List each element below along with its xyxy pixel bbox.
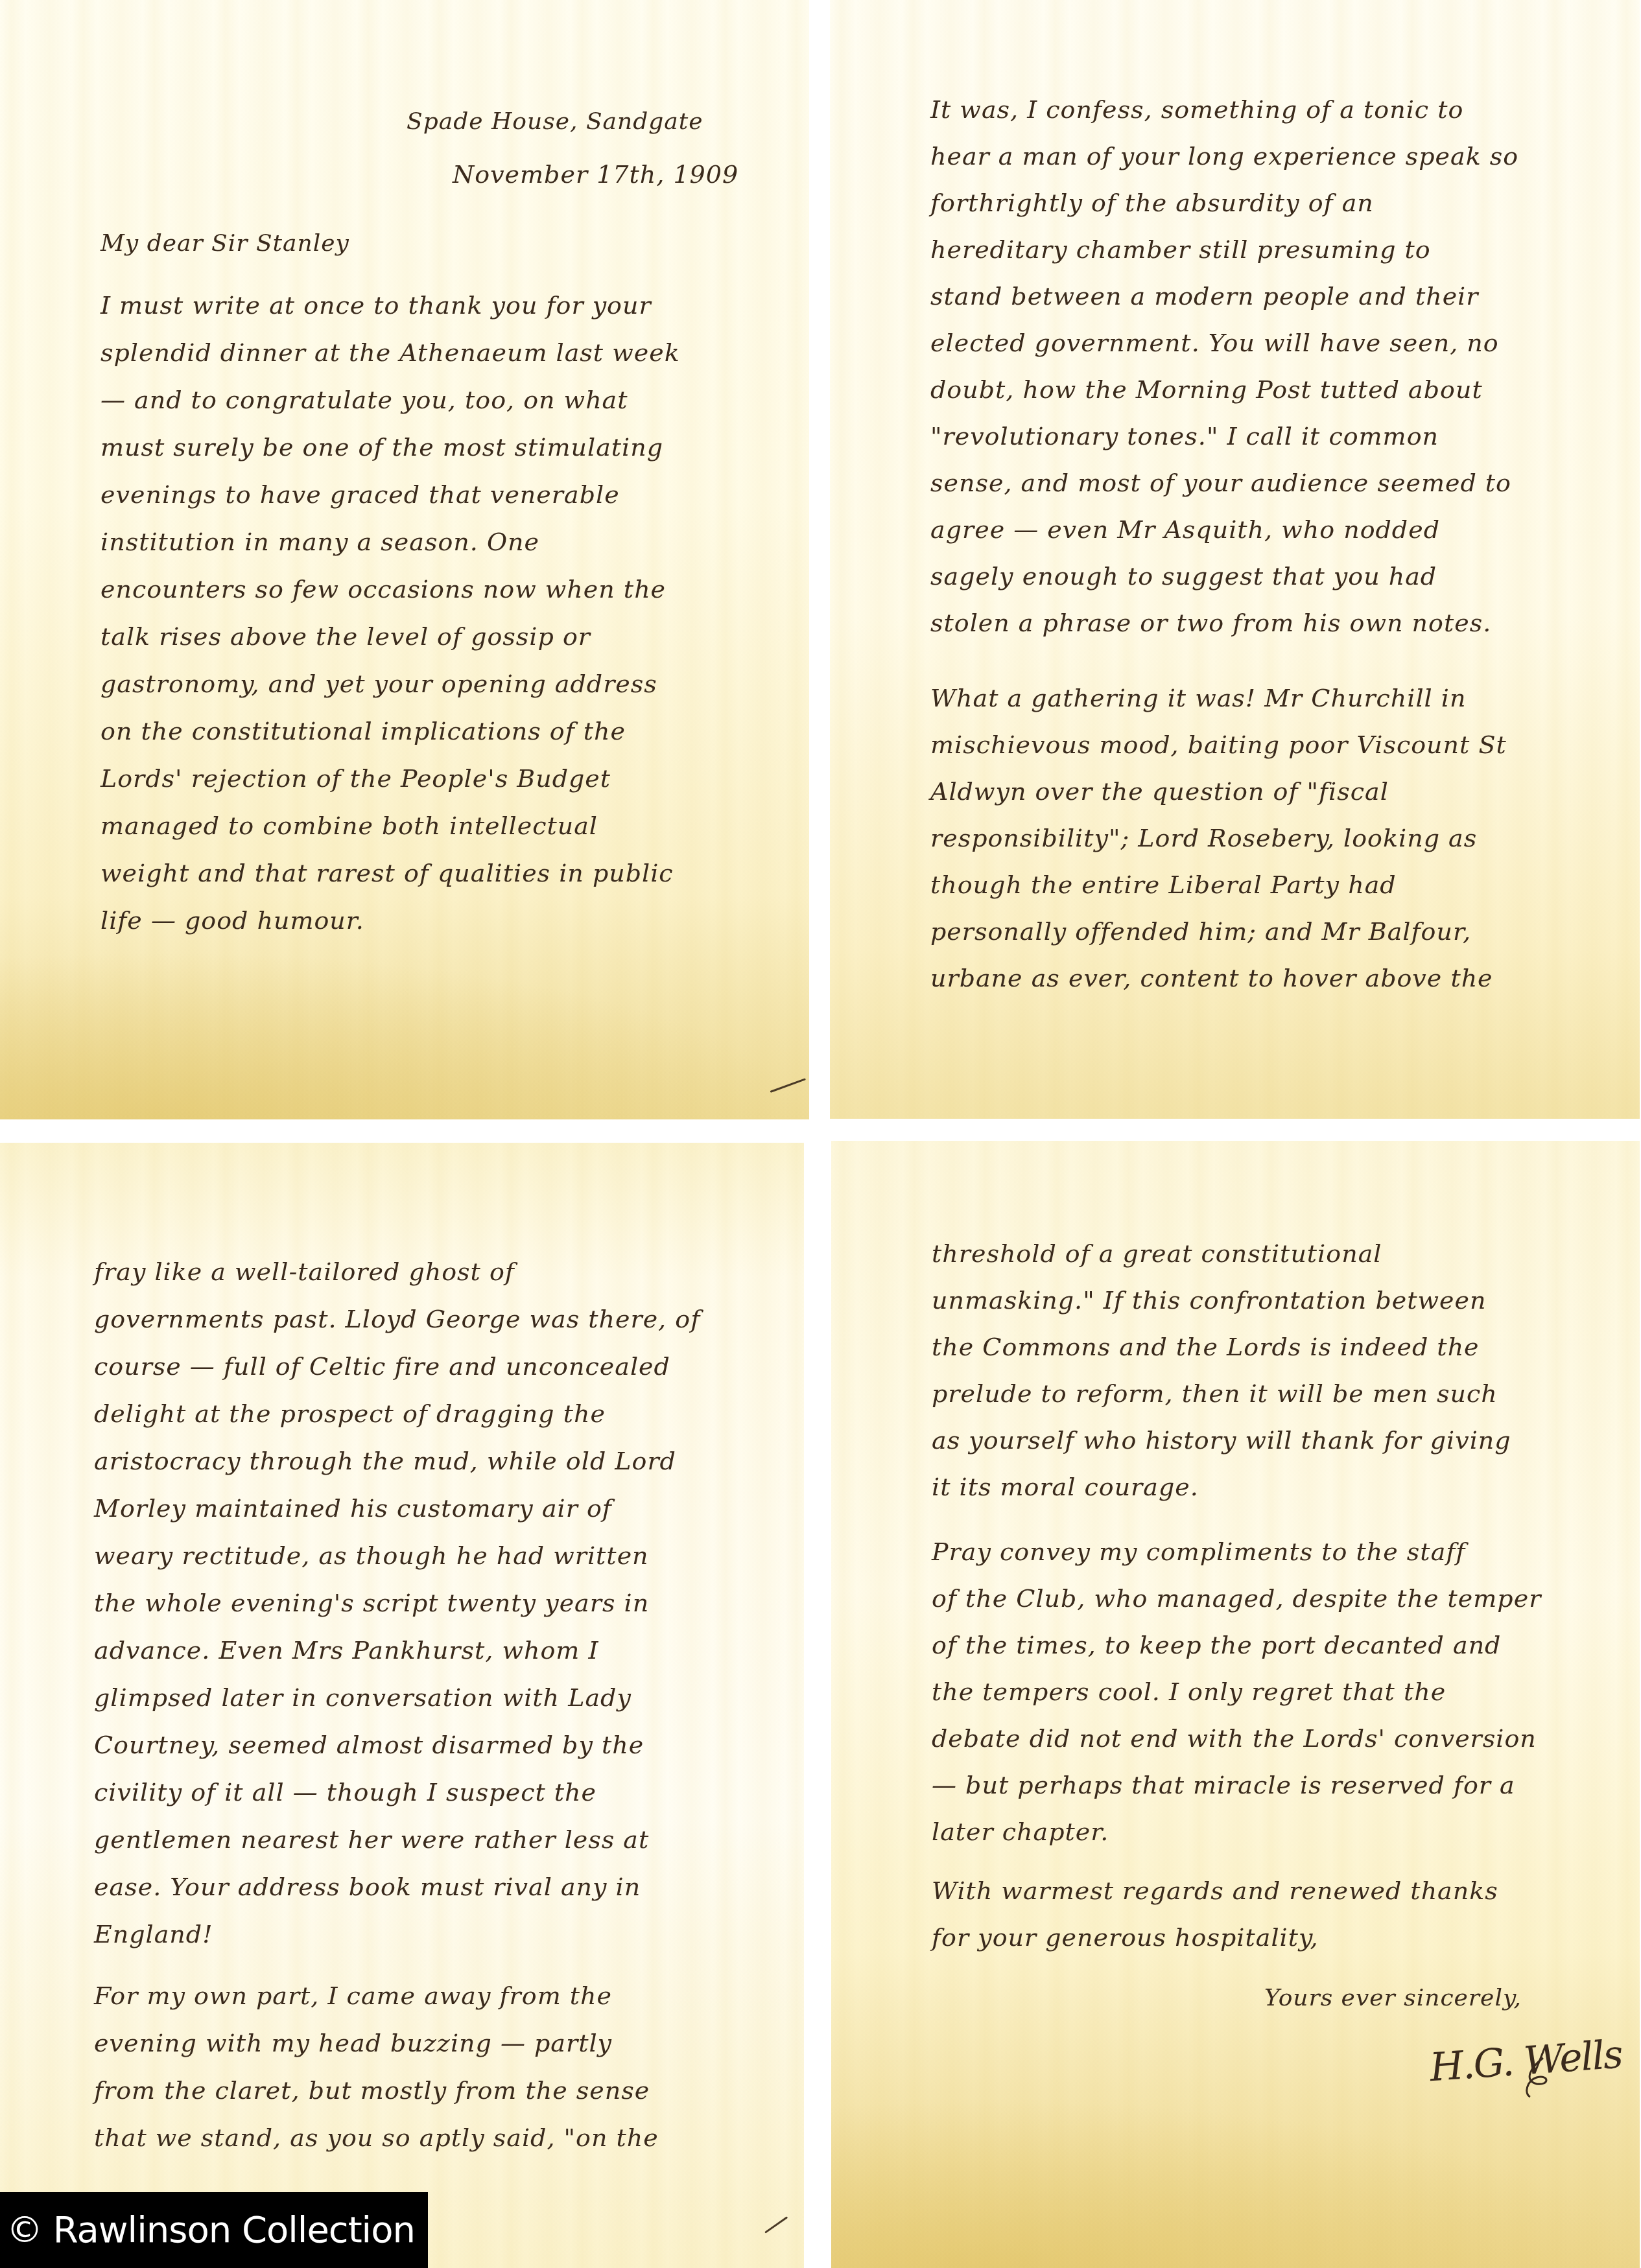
body-line: talk rises above the level of gossip or [100,624,591,649]
body-line: mischievous mood, baiting poor Viscount … [930,732,1507,757]
body-line: gentlemen nearest her were rather less a… [94,1827,649,1852]
body-line: institution in many a season. One [100,530,539,554]
body-line: What a gathering it was! Mr Churchill in [930,686,1466,710]
body-line: it its moral courage. [932,1475,1199,1499]
body-line: evening with my head buzzing — partly [94,2031,612,2055]
body-line: Pray convey my compliments to the staff [932,1539,1465,1564]
body-line: Lords' rejection of the People's Budget [100,766,611,791]
body-line: It was, I confess, something of a tonic … [930,97,1463,122]
body-line: Aldwyn over the question of "fiscal [930,779,1389,804]
body-line: — but perhaps that miracle is reserved f… [932,1773,1515,1797]
body-line: forthrightly of the absurdity of an [930,191,1374,215]
body-line: from the claret, but mostly from the sen… [94,2078,650,2103]
body-line: evenings to have graced that venerable [100,482,620,507]
body-line: must surely be one of the most stimulati… [100,435,663,460]
body-line: hear a man of your long experience speak… [930,144,1518,169]
body-line: managed to combine both intellectual [100,813,598,838]
sender-address: Spade House, Sandgate [407,110,703,134]
letter-page-3: fray like a well-tailored ghost of gover… [0,1143,804,2268]
body-line: urbane as ever, content to hover above t… [930,966,1493,990]
body-line: that we stand, as you so aptly said, "on… [94,2125,659,2150]
body-line: personally offended him; and Mr Balfour, [930,919,1471,944]
paper-scratch-mark [770,1078,806,1093]
body-line: unmasking." If this confrontation betwee… [932,1288,1486,1313]
body-line: splendid dinner at the Athenaeum last we… [100,340,680,365]
body-line: prelude to reform, then it will be men s… [932,1381,1498,1406]
body-line: sense, and most of your audience seemed … [930,471,1511,495]
body-line: advance. Even Mrs Pankhurst, whom I [94,1638,598,1663]
body-line: encounters so few occasions now when the [100,577,666,602]
body-line: fray like a well-tailored ghost of [94,1259,515,1284]
body-line: weight and that rarest of qualities in p… [100,861,674,885]
copyright-watermark: © Rawlinson Collection [0,2192,428,2268]
signature-flourish-icon [1517,2055,1556,2100]
salutation: My dear Sir Stanley [100,232,349,255]
body-line: elected government. You will have seen, … [930,331,1499,355]
body-line: threshold of a great constitutional [932,1241,1382,1266]
body-line: "revolutionary tones." I call it common [930,424,1439,449]
body-line: delight at the prospect of dragging the [94,1401,606,1426]
body-line: I must write at once to thank you for yo… [100,293,652,318]
body-line: England! [94,1922,213,1947]
closing: Yours ever sincerely, [1264,1987,1522,2010]
body-line: civility of it all — though I suspect th… [94,1780,596,1805]
body-line: With warmest regards and renewed thanks [932,1878,1498,1903]
body-line: on the constitutional implications of th… [100,719,626,743]
body-line: stand between a modern people and their [930,284,1478,309]
body-line: for your generous hospitality, [932,1925,1318,1950]
body-line: stolen a phrase or two from his own note… [930,611,1491,635]
paper-scratch-mark [764,2216,788,2234]
body-line: of the Club, who managed, despite the te… [932,1586,1541,1611]
body-line: glimpsed later in conversation with Lady [94,1685,632,1710]
body-line: later chapter. [932,1819,1109,1844]
body-line: as yourself who history will thank for g… [932,1428,1511,1453]
body-line: Morley maintained his customary air of [94,1496,612,1521]
body-line: weary rectitude, as though he had writte… [94,1543,649,1568]
body-line: sagely enough to suggest that you had [930,564,1437,589]
body-line: ease. Your address book must rival any i… [94,1875,641,1899]
watermark-text: © Rawlinson Collection [6,2209,415,2251]
body-line: debate did not end with the Lords' conve… [932,1726,1537,1751]
letter-page-1: Spade House, Sandgate November 17th, 190… [0,0,809,1119]
body-line: the Commons and the Lords is indeed the [932,1335,1480,1359]
body-line: doubt, how the Morning Post tutted about [930,377,1483,402]
body-line: aristocracy through the mud, while old L… [94,1449,676,1473]
letter-page-2: It was, I confess, something of a tonic … [830,0,1640,1119]
body-line: For my own part, I came away from the [94,1983,612,2008]
letter-date: November 17th, 1909 [453,162,738,187]
body-line: Courtney, seemed almost disarmed by the [94,1733,644,1757]
body-line: governments past. Lloyd George was there… [94,1307,700,1331]
body-line: course — full of Celtic fire and unconce… [94,1354,670,1379]
body-line: responsibility"; Lord Rosebery, looking … [930,826,1477,850]
body-line: hereditary chamber still presuming to [930,237,1431,262]
body-line: gastronomy, and yet your opening address [100,672,657,696]
body-line: — and to congratulate you, too, on what [100,388,628,412]
body-line: though the entire Liberal Party had [930,872,1397,897]
body-line: of the times, to keep the port decanted … [932,1633,1501,1657]
body-line: the whole evening's script twenty years … [94,1591,649,1615]
body-line: the tempers cool. I only regret that the [932,1679,1446,1704]
body-line: agree — even Mr Asquith, who nodded [930,517,1440,542]
body-line: life — good humour. [100,908,364,933]
